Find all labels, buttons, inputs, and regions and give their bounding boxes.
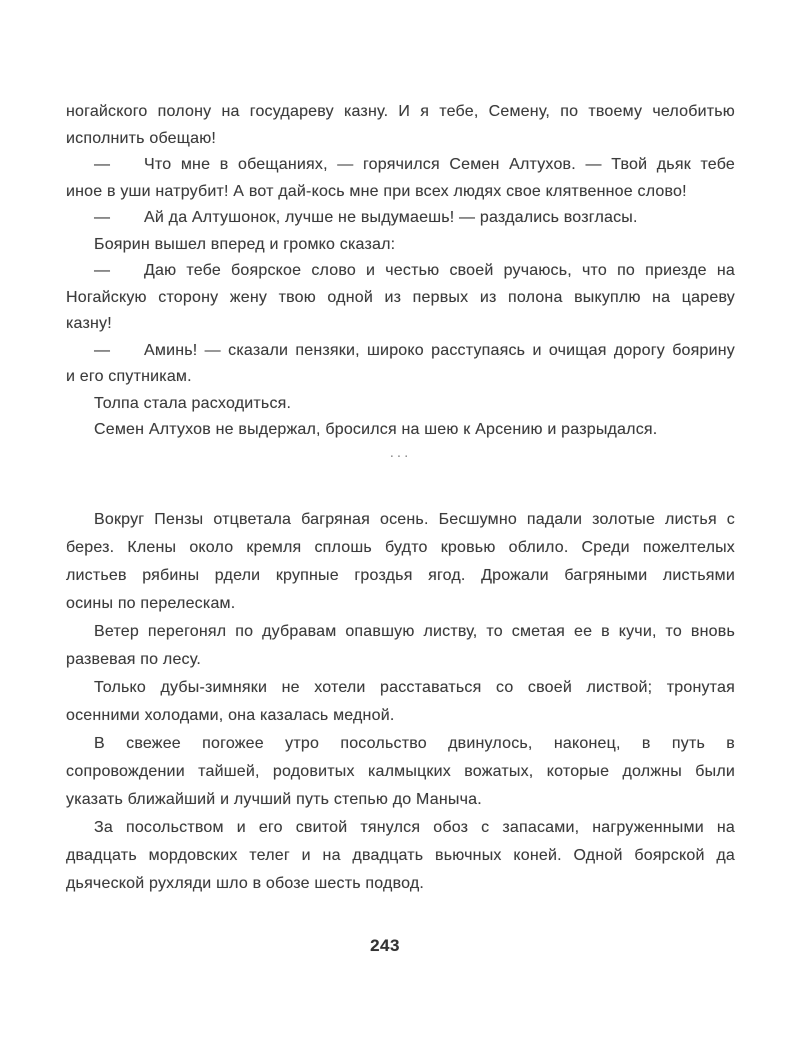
text-line: исполнить обещаю! — [66, 126, 735, 153]
text-line: и его спутникам. — [66, 364, 735, 391]
text-line: Ногайскую сторону жену твою одной из пер… — [66, 285, 735, 312]
text-line: Семен Алтухов не выдержал, бросился на ш… — [66, 417, 735, 444]
text-line: За посольством и его свитой тянулся обоз… — [66, 814, 735, 842]
section-separator: ... — [66, 444, 735, 466]
text-line: Вокруг Пензы отцветала багряная осень. Б… — [66, 506, 735, 534]
text-line: двадцать мордовских телег и на двадцать … — [66, 842, 735, 870]
text-line: осины по перелескам. — [66, 590, 735, 618]
text-line: осенними холодами, она казалась медной. — [66, 702, 735, 730]
text-line: берез. Клены около кремля сплошь будто к… — [66, 534, 735, 562]
text-line: Боярин вышел вперед и громко сказал: — [66, 232, 735, 259]
text-line: Только дубы-зимняки не хотели расставать… — [66, 674, 735, 702]
section-autumn-scene: Вокруг Пензы отцветала багряная осень. Б… — [66, 506, 735, 898]
dialogue-dash: — — [94, 152, 144, 179]
text-line: сопровождении тайшей, родовитых калмыцки… — [66, 758, 735, 786]
text-block: ногайского полону на государеву казну. И… — [66, 99, 735, 898]
text-line: развевая по лесу. — [66, 646, 735, 674]
dialogue-dash: — — [94, 205, 144, 232]
text-line: дьяческой рухляди шло в обозе шесть подв… — [66, 870, 735, 898]
text-line: ногайского полону на государеву казну. И… — [66, 99, 735, 126]
text-line: —Что мне в обещаниях, — горячился Семен … — [66, 152, 735, 179]
text-line: —Аминь! — сказали пензяки, широко рассту… — [66, 338, 735, 365]
page-number: 243 — [0, 936, 770, 956]
text-line: Толпа стала расходиться. — [66, 391, 735, 418]
section-dialogue-scene: ногайского полону на государеву казну. И… — [66, 99, 735, 444]
book-page: ногайского полону на государеву казну. И… — [0, 0, 800, 1040]
text-line: —Даю тебе боярское слово и честью своей … — [66, 258, 735, 285]
text-line: Ветер перегонял по дубравам опавшую лист… — [66, 618, 735, 646]
text-line: В свежее погожее утро посольство двинуло… — [66, 730, 735, 758]
text-line: иное в уши натрубит! А вот дай-кось мне … — [66, 179, 735, 206]
dialogue-dash: — — [94, 338, 144, 365]
dialogue-dash: — — [94, 258, 144, 285]
text-line: казну! — [66, 311, 735, 338]
text-line: —Ай да Алтушонок, лучше не выдумаешь! — … — [66, 205, 735, 232]
text-line: указать ближайший и лучший путь степью д… — [66, 786, 735, 814]
text-line: листьев рябины рдели крупные гроздья яго… — [66, 562, 735, 590]
